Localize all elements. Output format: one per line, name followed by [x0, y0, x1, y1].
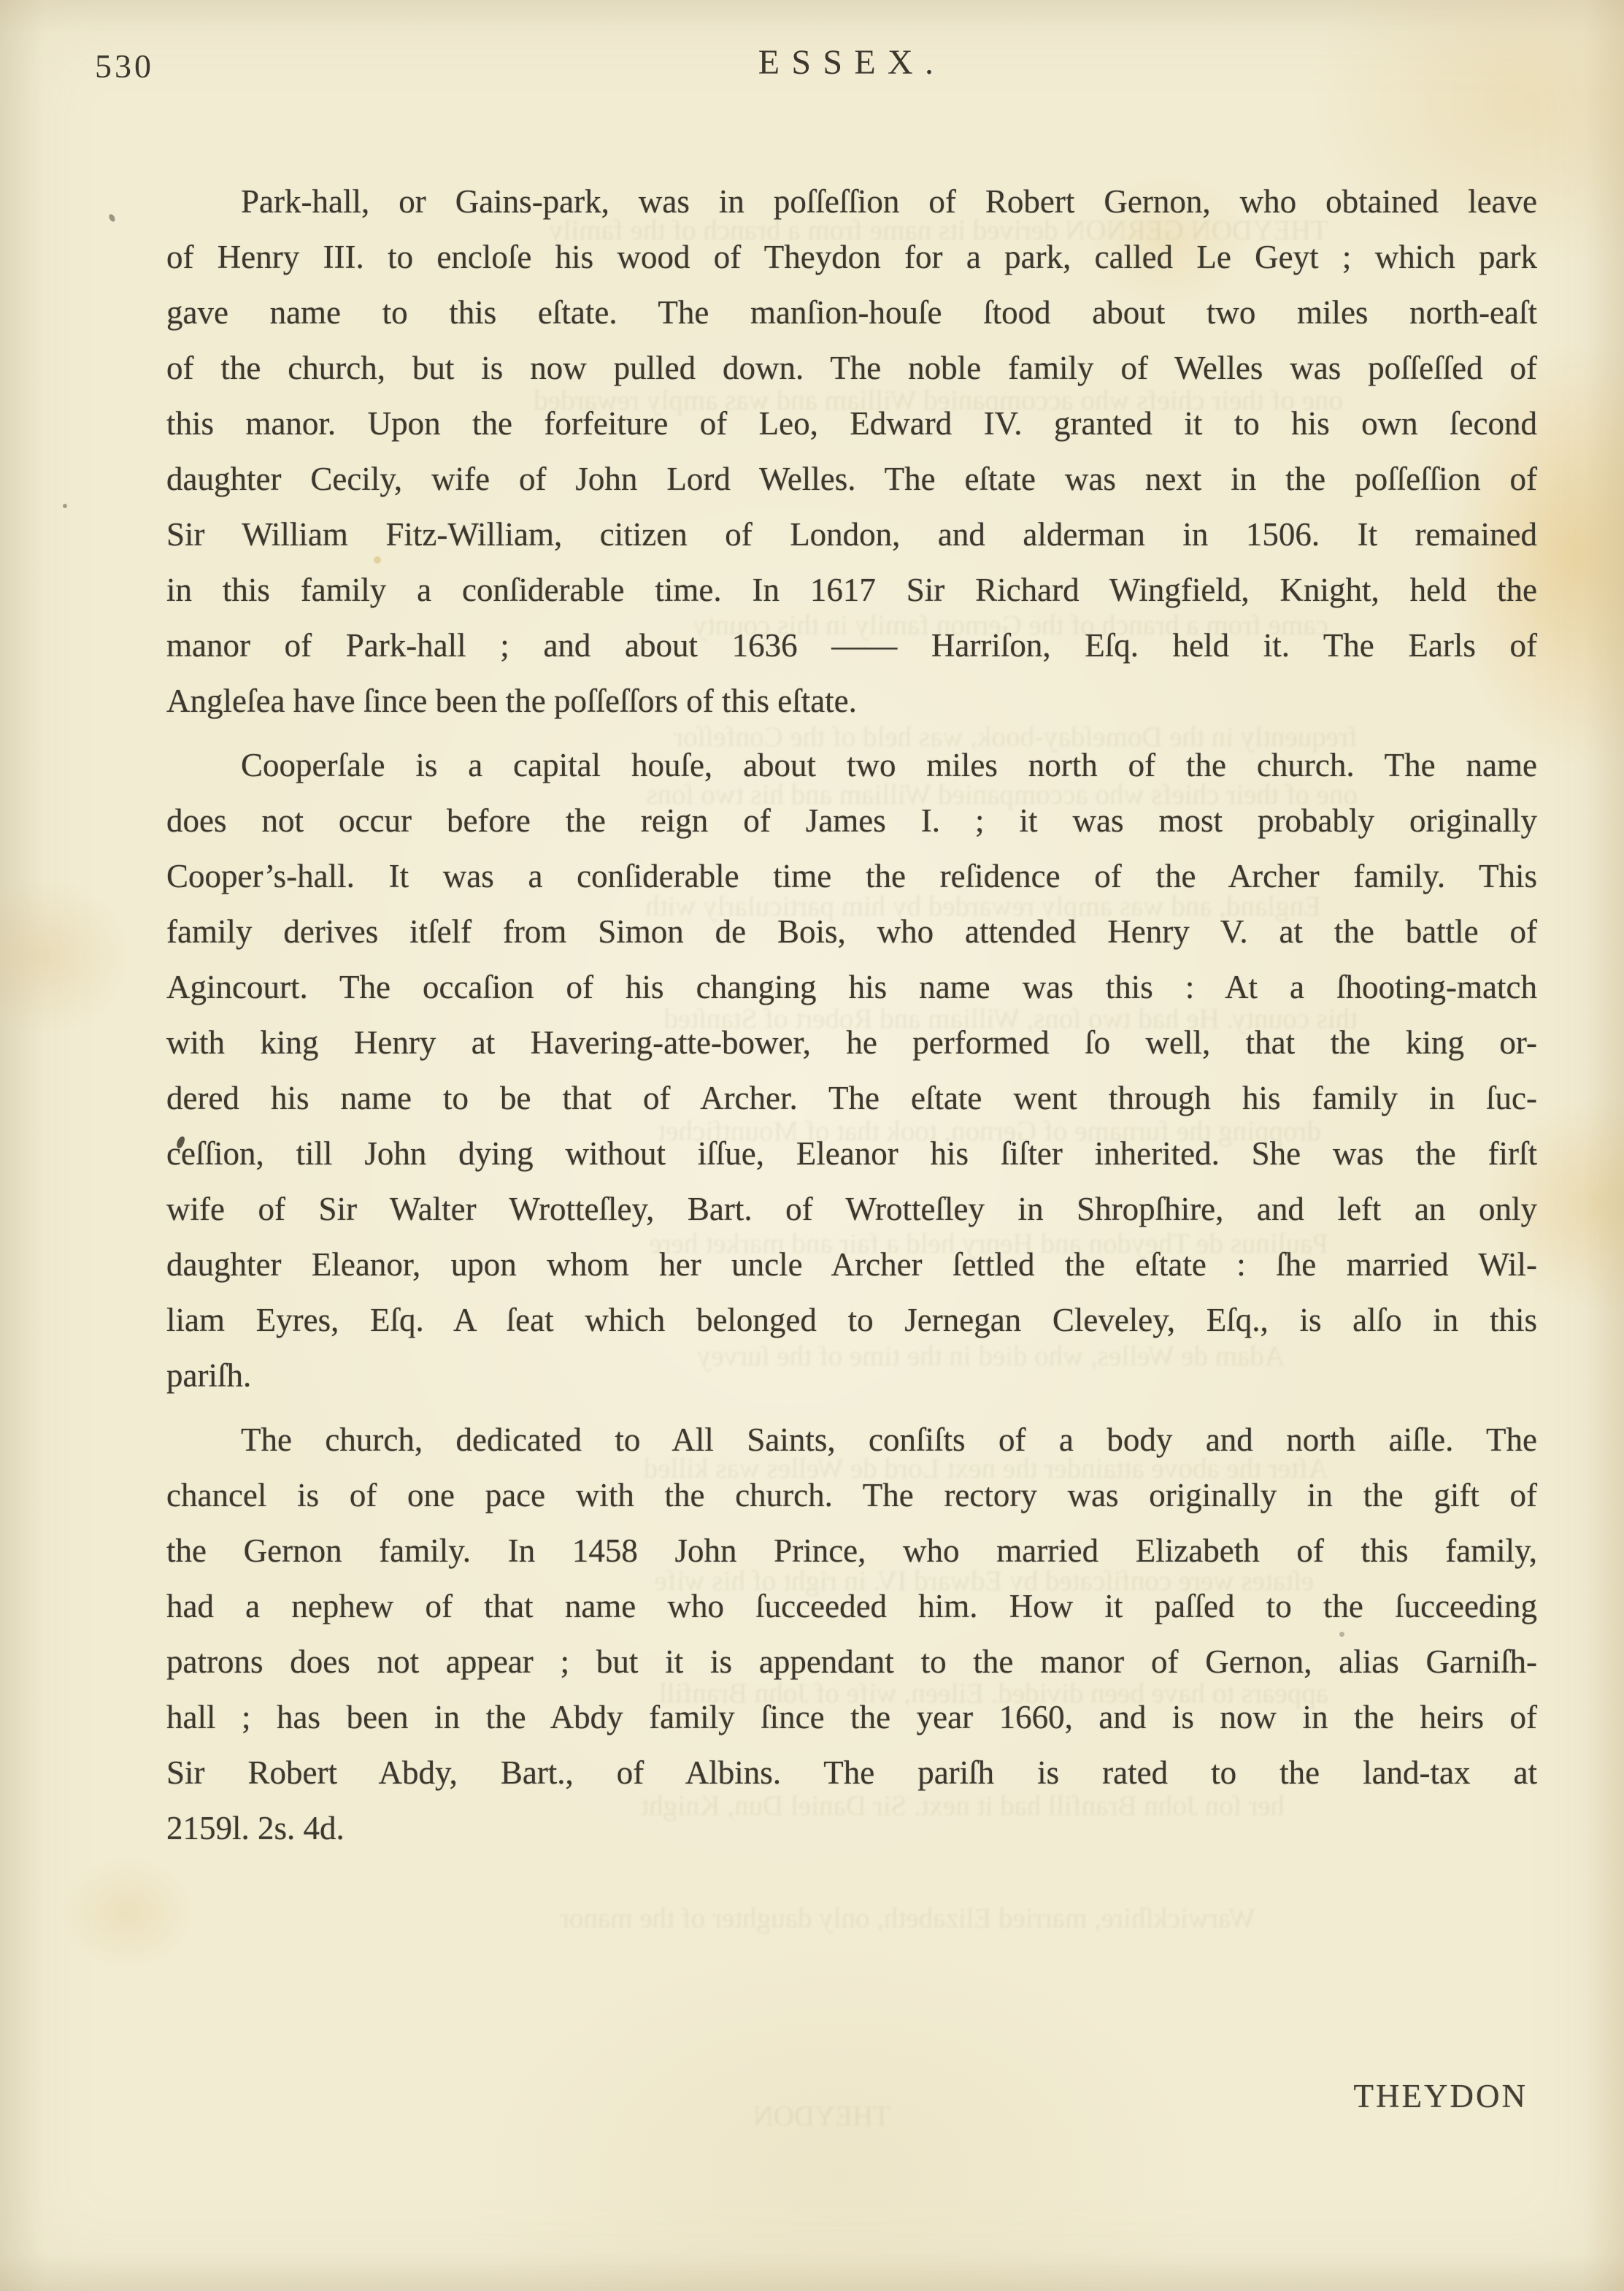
page-number: 530	[95, 47, 154, 85]
ink-speck	[108, 213, 117, 223]
text-line: in this family a conſiderable time. In 1…	[166, 562, 1537, 618]
text-line: chancel is of one pace with the church. …	[166, 1467, 1537, 1523]
book-page-scan: 530 ESSEX. Park-hall, or Gains-park, was…	[0, 0, 1624, 2291]
text-line: Cooper’s-hall. It was a conſiderable tim…	[166, 848, 1537, 904]
text-line: wife of Sir Walter Wrotteſley, Bart. of …	[166, 1181, 1537, 1237]
text-line: manor of Park-hall ; and about 1636 —— H…	[166, 618, 1537, 673]
text-line: hall ; has been in the Abdy family ſince…	[166, 1689, 1537, 1745]
text-line: Sir William Fitz-William, citizen of Lon…	[166, 507, 1537, 562]
text-line: Sir Robert Abdy, Bart., of Albins. The p…	[166, 1745, 1537, 1800]
text-line: The church, dedicated to All Saints, con…	[166, 1412, 1537, 1467]
text-line: this manor. Upon the forfeiture of Leo, …	[166, 396, 1537, 451]
text-line: patrons does not appear ; but it is appe…	[166, 1634, 1537, 1689]
catchword: THEYDON	[1354, 2077, 1528, 2115]
bleed-through-text: Warwickſhire, married Elizabeth, only da…	[350, 1901, 1255, 1936]
paragraph: Park-hall, or Gains-park, was in poſſeſſ…	[166, 174, 1537, 729]
running-head: 530 ESSEX.	[166, 42, 1537, 86]
text-line: daughter Eleanor, upon whom her uncle Ar…	[166, 1237, 1537, 1292]
paragraph: Cooperſale is a capital houſe, about two…	[166, 737, 1537, 1403]
text-line: gave name to this eſtate. The manſion-ho…	[166, 285, 1537, 340]
text-line: 2159l. 2s. 4d.	[166, 1800, 1537, 1856]
text-line: with king Henry at Havering-atte-bower, …	[166, 1015, 1537, 1070]
text-line: had a nephew of that name who ſucceeded …	[166, 1578, 1537, 1634]
text-line: Park-hall, or Gains-park, was in poſſeſſ…	[166, 174, 1537, 229]
text-line: pariſh.	[166, 1348, 1537, 1403]
paragraph: The church, dedicated to All Saints, con…	[166, 1412, 1537, 1856]
bleed-through-text: THEYDON	[380, 2099, 890, 2134]
text-line: does not occur before the reign of James…	[166, 793, 1537, 848]
text-line: Angleſea have ſince been the poſſeſſors …	[166, 673, 1537, 729]
text-line: dered his name to be that of Archer. The…	[166, 1070, 1537, 1126]
text-line: family derives itſelf from Simon de Bois…	[166, 904, 1537, 959]
text-line: Cooperſale is a capital houſe, about two…	[166, 737, 1537, 793]
text-line: of Henry III. to encloſe his wood of The…	[166, 229, 1537, 285]
text-line: ceſſion, till John dying without iſſue, …	[166, 1126, 1537, 1181]
running-title: ESSEX.	[166, 42, 1537, 82]
text-line: liam Eyres, Eſq. A ſeat which belonged t…	[166, 1292, 1537, 1348]
text-line: Agincourt. The occaſion of his changing …	[166, 959, 1537, 1015]
text-line: of the church, but is now pulled down. T…	[166, 340, 1537, 396]
text-block: Park-hall, or Gains-park, was in poſſeſſ…	[166, 174, 1537, 1856]
text-line: the Gernon family. In 1458 John Prince, …	[166, 1523, 1537, 1578]
ink-speck	[63, 504, 67, 508]
text-line: daughter Cecily, wife of John Lord Welle…	[166, 451, 1537, 507]
